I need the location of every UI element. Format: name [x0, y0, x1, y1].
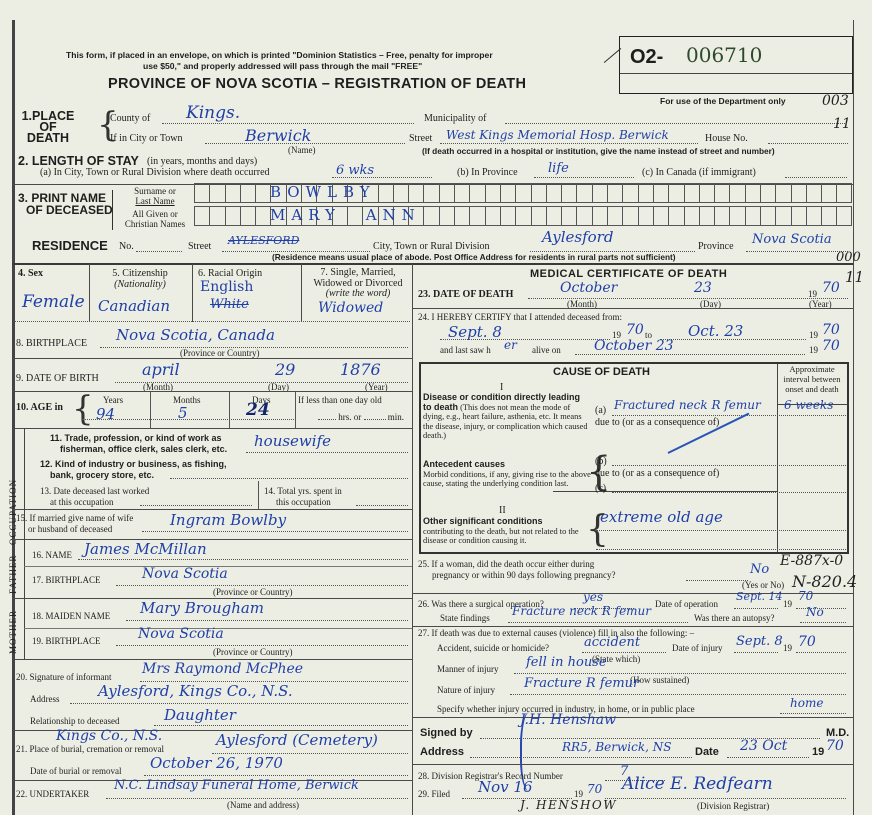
age-label: 10. AGE in [16, 402, 63, 413]
operation-date-label: Date of operation [655, 599, 718, 609]
letter-box[interactable] [485, 183, 500, 203]
letter-box[interactable] [209, 206, 224, 226]
father-side-label: FATHER [8, 548, 18, 594]
certifier-address-field[interactable] [470, 757, 692, 758]
letter-box[interactable] [622, 183, 637, 203]
racial-origin-label: 6. Racial Origin [198, 268, 262, 279]
burial-date-value: October 26, 1970 [150, 754, 283, 772]
other-conditions-value: extreme old age [600, 508, 723, 526]
manner-label: Manner of injury [437, 664, 498, 674]
check-mark-icon [593, 35, 621, 63]
burial-date-label: Date of burial or removal [30, 766, 121, 776]
marital-status-value: Widowed [318, 300, 383, 316]
citizenship-value: Canadian [98, 297, 170, 315]
mail-notice-line2: use $50," and properly addressed will pa… [143, 61, 422, 71]
informant-address-label: Address [30, 694, 60, 704]
cause-c-field[interactable] [612, 492, 846, 493]
age-hrs-label: hrs. or min. [318, 412, 404, 422]
letter-box[interactable] [592, 206, 607, 226]
registrar-caption: (Division Registrar) [697, 801, 769, 811]
operation-date-field[interactable] [734, 608, 778, 609]
letter-box[interactable] [423, 183, 438, 203]
letter-box[interactable] [806, 206, 821, 226]
residence-province-field[interactable] [746, 251, 848, 252]
injury-place-value: home [790, 696, 823, 710]
injury-place-field[interactable] [780, 713, 846, 714]
father-name-field[interactable] [78, 559, 408, 560]
left-border [12, 20, 15, 815]
letter-box[interactable] [775, 206, 790, 226]
injury-date-value: Sept. 8 [736, 634, 783, 649]
accident-label: Accident, suicide or homicide? [437, 643, 549, 653]
stay-city-value: 6 wks [336, 163, 374, 178]
nature-label: Nature of injury [437, 685, 495, 695]
letter-box[interactable] [653, 183, 668, 203]
county-field[interactable] [162, 123, 414, 124]
street-label: Street [409, 133, 432, 144]
name-caption: (Name) [288, 145, 315, 155]
undertaker-label: 22. UNDERTAKER [16, 789, 89, 799]
letter-box[interactable] [684, 206, 699, 226]
letter-box[interactable] [714, 183, 729, 203]
letter-box[interactable] [439, 206, 454, 226]
cause-a-interval-value: 6 weeks [784, 398, 833, 412]
manner-field[interactable] [514, 673, 846, 674]
registration-number: 006710 [686, 43, 762, 67]
place-of-death-label: 1.PLACE OF DEATH [18, 111, 78, 144]
operation-value: yes [583, 590, 603, 604]
letter-box[interactable] [622, 206, 637, 226]
letter-box[interactable] [485, 206, 500, 226]
alive-on-label: alive on [532, 345, 561, 355]
informant-address-value: Aylesford, Kings Co., N.S. [98, 682, 293, 700]
injury-year-prefix: 19 [783, 643, 792, 653]
margin-code: 11 [833, 116, 851, 132]
stay-province-label: (b) In Province [457, 167, 518, 178]
certifier-year-value: 70 [826, 738, 844, 754]
letter-box[interactable] [699, 206, 714, 226]
direct-cause-description: Disease or condition directly leading to… [423, 393, 591, 441]
letter-box[interactable] [225, 183, 240, 203]
institution-note: (If death occurred in a hospital or inst… [422, 146, 775, 156]
autopsy-label: Was there an autopsy? [694, 613, 775, 623]
other-conditions-field-2[interactable] [596, 549, 846, 550]
informant-address-field[interactable] [70, 703, 408, 704]
filed-year-value: 70 [587, 782, 602, 796]
residence-no-field[interactable] [136, 251, 182, 252]
letter-box[interactable] [469, 206, 484, 226]
other-conditions-field[interactable] [596, 530, 846, 531]
sex-value: Female [22, 292, 85, 312]
last-worked-label: 13. Date deceased last worked at this oc… [40, 486, 149, 508]
total-years-field[interactable] [356, 505, 408, 506]
father-name-value: James McMillan [84, 540, 207, 558]
injury-date-field[interactable] [734, 652, 778, 653]
last-worked-field[interactable] [140, 505, 252, 506]
letter-box[interactable] [668, 206, 683, 226]
burial-date-field[interactable] [144, 775, 408, 776]
age-days-value: 24 [246, 400, 270, 420]
letter-box[interactable] [745, 183, 760, 203]
trade-value: housewife [254, 432, 331, 450]
pregnancy-caption: (Yes or No) [742, 580, 784, 590]
cause-b-label: (b) [595, 456, 607, 467]
attended-to-value: Oct. 23 [688, 322, 743, 340]
mail-notice-line1: This form, if placed in an envelope, on … [66, 50, 493, 60]
burial-county-value: Kings Co., N.S. [56, 728, 162, 744]
age-months-value: 5 [178, 404, 188, 422]
residence-no-label: No. [119, 241, 134, 252]
registrar-signature-value: Alice E. Redfearn [622, 774, 773, 794]
last-saw-year-value: 70 [822, 338, 840, 354]
residence-street-label: Street [188, 241, 211, 252]
letter-box[interactable] [760, 183, 775, 203]
department-only-label: For use of the Department only [660, 96, 786, 106]
residence-street-value: AYLESFORD [228, 234, 299, 247]
father-birthplace-label: 17. BIRTHPLACE [32, 575, 100, 585]
autopsy-value: No [806, 605, 824, 619]
registration-prefix: O2- [630, 46, 663, 69]
burial-place-label: 21. Place of burial, cremation or remova… [16, 744, 164, 754]
nature-field[interactable] [510, 694, 846, 695]
certifier-date-field[interactable] [727, 757, 809, 758]
letter-box[interactable] [668, 183, 683, 203]
other-conditions-description: Other significant conditions contributin… [423, 517, 591, 546]
dod-year-prefix: 19 [808, 289, 817, 299]
operation-date-value: Sept. 14 [736, 590, 783, 603]
undertaker-value: N.C. Lindsay Funeral Home, Berwick [114, 778, 359, 793]
surname-value: BOWLBY [270, 183, 376, 201]
residence-note: (Residence means usual place of abode. P… [272, 252, 676, 262]
cause-of-death-heading: CAUSE OF DEATH [553, 366, 650, 378]
residence-province-value: Nova Scotia [752, 232, 832, 247]
letter-box[interactable] [194, 206, 209, 226]
mother-side-label: MOTHER [8, 606, 18, 654]
municipality-field[interactable] [505, 123, 847, 124]
relationship-value: Daughter [164, 706, 236, 724]
date-of-death-label: 23. DATE OF DEATH [418, 289, 513, 300]
death-registration-form: This form, if placed in an envelope, on … [0, 0, 872, 815]
letter-box[interactable] [500, 183, 515, 203]
sex-label: 4. Sex [18, 268, 43, 279]
letter-box[interactable] [592, 183, 607, 203]
dod-year-value: 70 [822, 280, 840, 296]
letter-box[interactable] [469, 183, 484, 203]
letter-box[interactable] [225, 206, 240, 226]
house-no-label: House No. [705, 133, 748, 144]
letter-box[interactable] [791, 206, 806, 226]
stay-city-label: (a) In City, Town or Rural Division wher… [40, 167, 270, 178]
injury-year-value: 70 [798, 634, 816, 650]
stay-province-value: life [548, 161, 569, 176]
letter-box[interactable] [439, 183, 454, 203]
letter-box[interactable] [454, 206, 469, 226]
pregnancy-value: No [750, 562, 769, 577]
undertaker-field[interactable] [106, 798, 408, 799]
cause-b-field[interactable] [612, 465, 846, 466]
letter-box[interactable] [240, 206, 255, 226]
father-birthplace-field[interactable] [116, 585, 408, 586]
letter-box[interactable] [546, 183, 561, 203]
undertaker-caption: (Name and address) [227, 800, 299, 810]
letter-box[interactable] [209, 183, 224, 203]
given-names-label: All Given or Christian Names [115, 209, 195, 229]
surname-label: Surname or Last Name [117, 186, 193, 206]
maiden-name-field[interactable] [126, 620, 408, 621]
letter-box[interactable] [378, 183, 393, 203]
attended-from-value: Sept. 8 [448, 323, 502, 341]
letter-box[interactable] [393, 183, 408, 203]
spouse-field[interactable] [142, 531, 408, 532]
certifier-address-label: Address [420, 746, 464, 758]
relationship-label: Relationship to deceased [30, 716, 119, 726]
length-of-stay-label: 2. LENGTH OF STAY [18, 154, 139, 168]
filed-label: 29. Filed [418, 789, 450, 799]
findings-value: Fracture neck R femur [512, 604, 651, 618]
letter-box[interactable] [408, 183, 423, 203]
street-field[interactable] [440, 143, 698, 144]
dob-day-value: 29 [275, 360, 295, 379]
racial-origin-struck: White [210, 297, 249, 312]
maiden-name-value: Mary Brougham [140, 599, 264, 617]
letter-box[interactable] [423, 206, 438, 226]
last-saw-label: and last saw h [440, 345, 491, 355]
residence-province-label: Province [698, 241, 734, 252]
city-value: Berwick [245, 126, 311, 145]
autopsy-field[interactable] [800, 622, 846, 623]
informant-signature-label: 20. Signature of informant [16, 672, 111, 682]
part-two-roman: II [499, 505, 506, 516]
findings-field[interactable] [508, 622, 688, 623]
injury-date-label: Date of injury [672, 643, 722, 653]
operation-year-value: 70 [798, 589, 813, 603]
city-label: If in City or Town [110, 133, 182, 144]
burial-place-value: Aylesford (Cemetery) [216, 731, 378, 749]
cause-a-value: Fractured neck R femur [614, 398, 761, 412]
letter-box[interactable] [531, 183, 546, 203]
father-birthplace-value: Nova Scotia [142, 566, 228, 582]
letter-box[interactable] [684, 183, 699, 203]
registrar-signature-field[interactable] [605, 798, 846, 799]
father-birthplace-caption: (Province or Country) [213, 587, 292, 597]
due-to-label: due to (or as a consequence of) [595, 417, 719, 428]
industry-field[interactable] [170, 478, 408, 479]
letter-box[interactable] [194, 183, 209, 203]
to-year-value: 70 [822, 322, 840, 338]
spouse-label: 15. If married give name of wife or husb… [16, 513, 133, 535]
dob-year-value: 1876 [340, 360, 381, 379]
residence-city-value: Aylesford [542, 228, 613, 246]
certifier-date-label: Date [695, 746, 719, 758]
age-years-label: Years [103, 395, 123, 405]
letter-box[interactable] [607, 206, 622, 226]
letter-box[interactable] [515, 206, 530, 226]
residence-city-label: City, Town or Rural Division [373, 241, 490, 252]
letter-box[interactable] [791, 183, 806, 203]
interval-header: Approximate interval between onset and d… [777, 364, 847, 394]
operation-year-prefix: 19 [783, 599, 792, 609]
mother-birthplace-label: 19. BIRTHPLACE [32, 636, 100, 646]
from-year-value: 70 [626, 322, 644, 338]
to-year-prefix: 19 [809, 330, 818, 340]
date-of-birth-label: 9. DATE OF BIRTH [16, 373, 99, 384]
letter-box[interactable] [255, 206, 270, 226]
county-value: Kings. [186, 103, 240, 123]
letter-box[interactable] [806, 183, 821, 203]
nature-value: Fracture R femur [524, 676, 639, 691]
last-saw-pronoun: er [504, 338, 517, 352]
letter-box[interactable] [500, 206, 515, 226]
letter-box[interactable] [561, 206, 576, 226]
letter-box[interactable] [240, 183, 255, 203]
right-border [853, 20, 854, 815]
spouse-value: Ingram Bowlby [170, 511, 286, 529]
relationship-field[interactable] [154, 725, 408, 726]
letter-box[interactable] [729, 206, 744, 226]
letter-box[interactable] [821, 206, 836, 226]
stay-province-field[interactable] [534, 177, 634, 178]
letter-box[interactable] [760, 206, 775, 226]
letter-box[interactable] [576, 206, 591, 226]
cause-a-label: (a) [595, 405, 606, 416]
certify-label: 24. I HEREBY CERTIFY that I attended dec… [418, 312, 622, 322]
last-saw-date-field[interactable] [575, 354, 805, 355]
accident-field[interactable] [582, 652, 666, 653]
registration-number-box: O2- 006710 [619, 36, 853, 94]
printed-name: J. HENSHOW [520, 798, 617, 812]
letter-box[interactable] [699, 183, 714, 203]
letter-box[interactable] [836, 206, 851, 226]
informant-signature-value: Mrs Raymond McPhee [142, 661, 303, 677]
age-years-value: 94 [96, 405, 115, 423]
letter-box[interactable] [714, 206, 729, 226]
letter-box[interactable] [821, 183, 836, 203]
citizenship-label: 5. Citizenship (Nationality) [95, 268, 185, 290]
father-name-label: 16. NAME [32, 550, 72, 560]
signed-by-label: Signed by [420, 727, 473, 739]
mother-birthplace-value: Nova Scotia [138, 626, 224, 642]
racial-origin-value: English [200, 279, 253, 295]
findings-label: State findings [440, 613, 490, 623]
birthplace-caption: (Province or Country) [180, 348, 259, 358]
age-less-label: If less than one day old [298, 395, 382, 405]
residence-label: RESIDENCE [32, 238, 108, 253]
certifier-year-prefix: 19 [812, 746, 824, 758]
street-value: West Kings Memorial Hosp. Berwick [446, 128, 669, 142]
form-title: PROVINCE OF NOVA SCOTIA – REGISTRATION O… [108, 76, 526, 92]
letter-box[interactable] [729, 183, 744, 203]
letter-box[interactable] [454, 183, 469, 203]
dod-day-value: 23 [694, 280, 712, 296]
letter-box[interactable] [255, 183, 270, 203]
total-years-label: 14. Total yrs. spent in this occupation [264, 486, 342, 508]
marital-status-label: 7. Single, Married, Widowed or Divorced … [306, 268, 410, 300]
pregnancy-label: 25. If a woman, did the death occur eith… [418, 559, 615, 581]
margin-code: 003 [822, 93, 849, 109]
letter-box[interactable] [546, 206, 561, 226]
house-no-field[interactable] [768, 143, 848, 144]
letter-box[interactable] [531, 206, 546, 226]
last-saw-date-value: October 23 [594, 338, 674, 354]
accident-value: accident [584, 635, 640, 650]
letter-box[interactable] [561, 183, 576, 203]
mother-birthplace-caption: (Province or Country) [213, 647, 292, 657]
certifier-date-value: 23 Oct [740, 738, 787, 754]
birthplace-value: Nova Scotia, Canada [116, 326, 275, 344]
due-to-label-2: due to (or as a consequence of) [595, 468, 719, 479]
certifier-address-value: RR5, Berwick, NS [562, 740, 671, 754]
letter-box[interactable] [638, 183, 653, 203]
trade-field[interactable] [246, 452, 408, 453]
stay-canada-label: (c) In Canada (if immigrant) [642, 167, 756, 178]
classification-code-1: E-887x-0 [780, 553, 843, 569]
pregnancy-field[interactable] [686, 580, 748, 581]
mother-birthplace-field[interactable] [116, 645, 408, 646]
medical-certificate-heading: MEDICAL CERTIFICATE OF DEATH [530, 268, 727, 280]
letter-box[interactable] [607, 183, 622, 203]
stay-canada-field[interactable] [785, 177, 847, 178]
birthplace-label: 8. BIRTHPLACE [16, 338, 87, 349]
letter-box[interactable] [653, 206, 668, 226]
length-of-stay-sub: (in years, months and days) [147, 156, 257, 167]
letter-box[interactable] [576, 183, 591, 203]
letter-box[interactable] [745, 206, 760, 226]
margin-code: 11 [845, 268, 864, 286]
letter-box[interactable] [515, 183, 530, 203]
external-causes-label: 27. If death was due to external causes … [418, 628, 694, 638]
municipality-label: Municipality of [424, 113, 487, 124]
cause-c-label: (c) [595, 483, 606, 494]
county-label: County of [110, 113, 150, 124]
last-saw-year-prefix: 19 [809, 345, 818, 355]
manner-value: fell in house [526, 655, 607, 670]
dod-month-value: October [560, 280, 617, 296]
letter-box[interactable] [775, 183, 790, 203]
maiden-name-label: 18. MAIDEN NAME [32, 611, 110, 621]
letter-box[interactable] [638, 206, 653, 226]
letter-box[interactable] [836, 183, 851, 203]
antecedent-description: Antecedent causes Morbid conditions, if … [423, 460, 591, 489]
filed-date-value: Nov 16 [478, 778, 533, 796]
dob-month-value: april [142, 360, 180, 379]
cause-a-field[interactable] [612, 415, 846, 416]
print-name-label: 3. PRINT NAME OF DECEASED [18, 192, 113, 216]
trade-label: 11. Trade, profession, or kind of work a… [50, 433, 227, 455]
given-name-value: MARY ANN [270, 206, 421, 224]
